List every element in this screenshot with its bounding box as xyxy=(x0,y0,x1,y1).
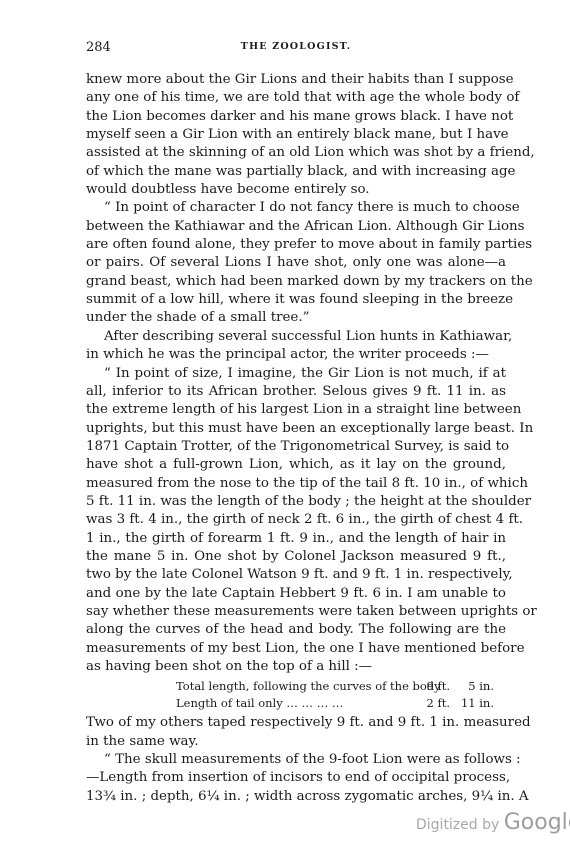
text-line: say whether these measurements were take… xyxy=(86,603,506,621)
text-line: uprights, but this must have been an exc… xyxy=(86,420,506,438)
text-line: the extreme length of his largest Lion i… xyxy=(86,401,506,419)
text-line: 5 ft. 11 in. was the length of the body … xyxy=(86,493,506,511)
text-line: Two of my others taped respectively 9 ft… xyxy=(86,714,506,732)
text-line: the mane 5 in. One shot by Colonel Jacks… xyxy=(86,548,506,566)
measurement-inches: 5 in. xyxy=(450,678,494,695)
text-line: in the same way. xyxy=(86,733,506,751)
text-line: have shot a full-grown Lion, which, as i… xyxy=(86,456,506,474)
text-block-after-table: Two of my others taped respectively 9 ft… xyxy=(86,714,506,806)
table-row: Length of tail only … … … …2 ft.11 in. xyxy=(86,695,506,712)
digitized-by-google-watermark: Digitized by Google xyxy=(416,810,570,835)
measurement-label: Total length, following the curves of th… xyxy=(176,678,412,695)
text-line: would doubtless have become entirely so. xyxy=(86,181,506,199)
text-line: or pairs. Of several Lions I have shot, … xyxy=(86,254,506,272)
text-line: as having been shot on the top of a hill… xyxy=(86,658,506,676)
text-line: are often found alone, they prefer to mo… xyxy=(86,236,506,254)
book-page: 284 THE ZOOLOGIST. knew more about the G… xyxy=(86,40,506,806)
measurement-feet: 9 ft. xyxy=(412,678,450,695)
measurement-feet: 2 ft. xyxy=(412,695,450,712)
text-line: “ In point of character I do not fancy t… xyxy=(86,199,506,217)
text-line: 1871 Captain Trotter, of the Trigonometr… xyxy=(86,438,506,456)
text-line: under the shade of a small tree.” xyxy=(86,309,506,327)
google-logo-text: Google xyxy=(504,810,570,835)
measurement-inches: 11 in. xyxy=(450,695,494,712)
text-line: assisted at the skinning of an old Lion … xyxy=(86,144,506,162)
text-line: 13¾ in. ; depth, 6¼ in. ; width across z… xyxy=(86,788,506,806)
text-line: and one by the late Captain Hebbert 9 ft… xyxy=(86,585,506,603)
table-row: Total length, following the curves of th… xyxy=(86,678,506,695)
text-line: two by the late Colonel Watson 9 ft. and… xyxy=(86,566,506,584)
text-line: After describing several successful Lion… xyxy=(86,328,506,346)
text-line: knew more about the Gir Lions and their … xyxy=(86,71,506,89)
measurement-label: Length of tail only … … … … xyxy=(176,695,412,712)
text-line: myself seen a Gir Lion with an entirely … xyxy=(86,126,506,144)
text-line: summit of a low hill, where it was found… xyxy=(86,291,506,309)
text-line: “ The skull measurements of the 9-foot L… xyxy=(86,751,506,769)
text-line: measurements of my best Lion, the one I … xyxy=(86,640,506,658)
journal-title: THE ZOOLOGIST. xyxy=(86,41,506,52)
text-line: all, inferior to its African brother. Se… xyxy=(86,383,506,401)
body-text: knew more about the Gir Lions and their … xyxy=(86,71,506,806)
text-line: along the curves of the head and body. T… xyxy=(86,621,506,639)
text-line: any one of his time, we are told that wi… xyxy=(86,89,506,107)
text-line: of which the mane was partially black, a… xyxy=(86,163,506,181)
measurements-table: Total length, following the curves of th… xyxy=(86,678,506,712)
text-line: the Lion becomes darker and his mane gro… xyxy=(86,108,506,126)
watermark-prefix: Digitized by xyxy=(416,817,504,833)
running-head: 284 THE ZOOLOGIST. xyxy=(86,40,506,60)
text-line: between the Kathiawar and the African Li… xyxy=(86,218,506,236)
text-line: 1 in., the girth of forearm 1 ft. 9 in.,… xyxy=(86,530,506,548)
text-block-before-table: knew more about the Gir Lions and their … xyxy=(86,71,506,676)
text-line: was 3 ft. 4 in., the girth of neck 2 ft.… xyxy=(86,511,506,529)
text-line: in which he was the principal actor, the… xyxy=(86,346,506,364)
text-line: “ In point of size, I imagine, the Gir L… xyxy=(86,365,506,383)
text-line: grand beast, which had been marked down … xyxy=(86,273,506,291)
text-line: —Length from insertion of incisors to en… xyxy=(86,769,506,787)
text-line: measured from the nose to the tip of the… xyxy=(86,475,506,493)
